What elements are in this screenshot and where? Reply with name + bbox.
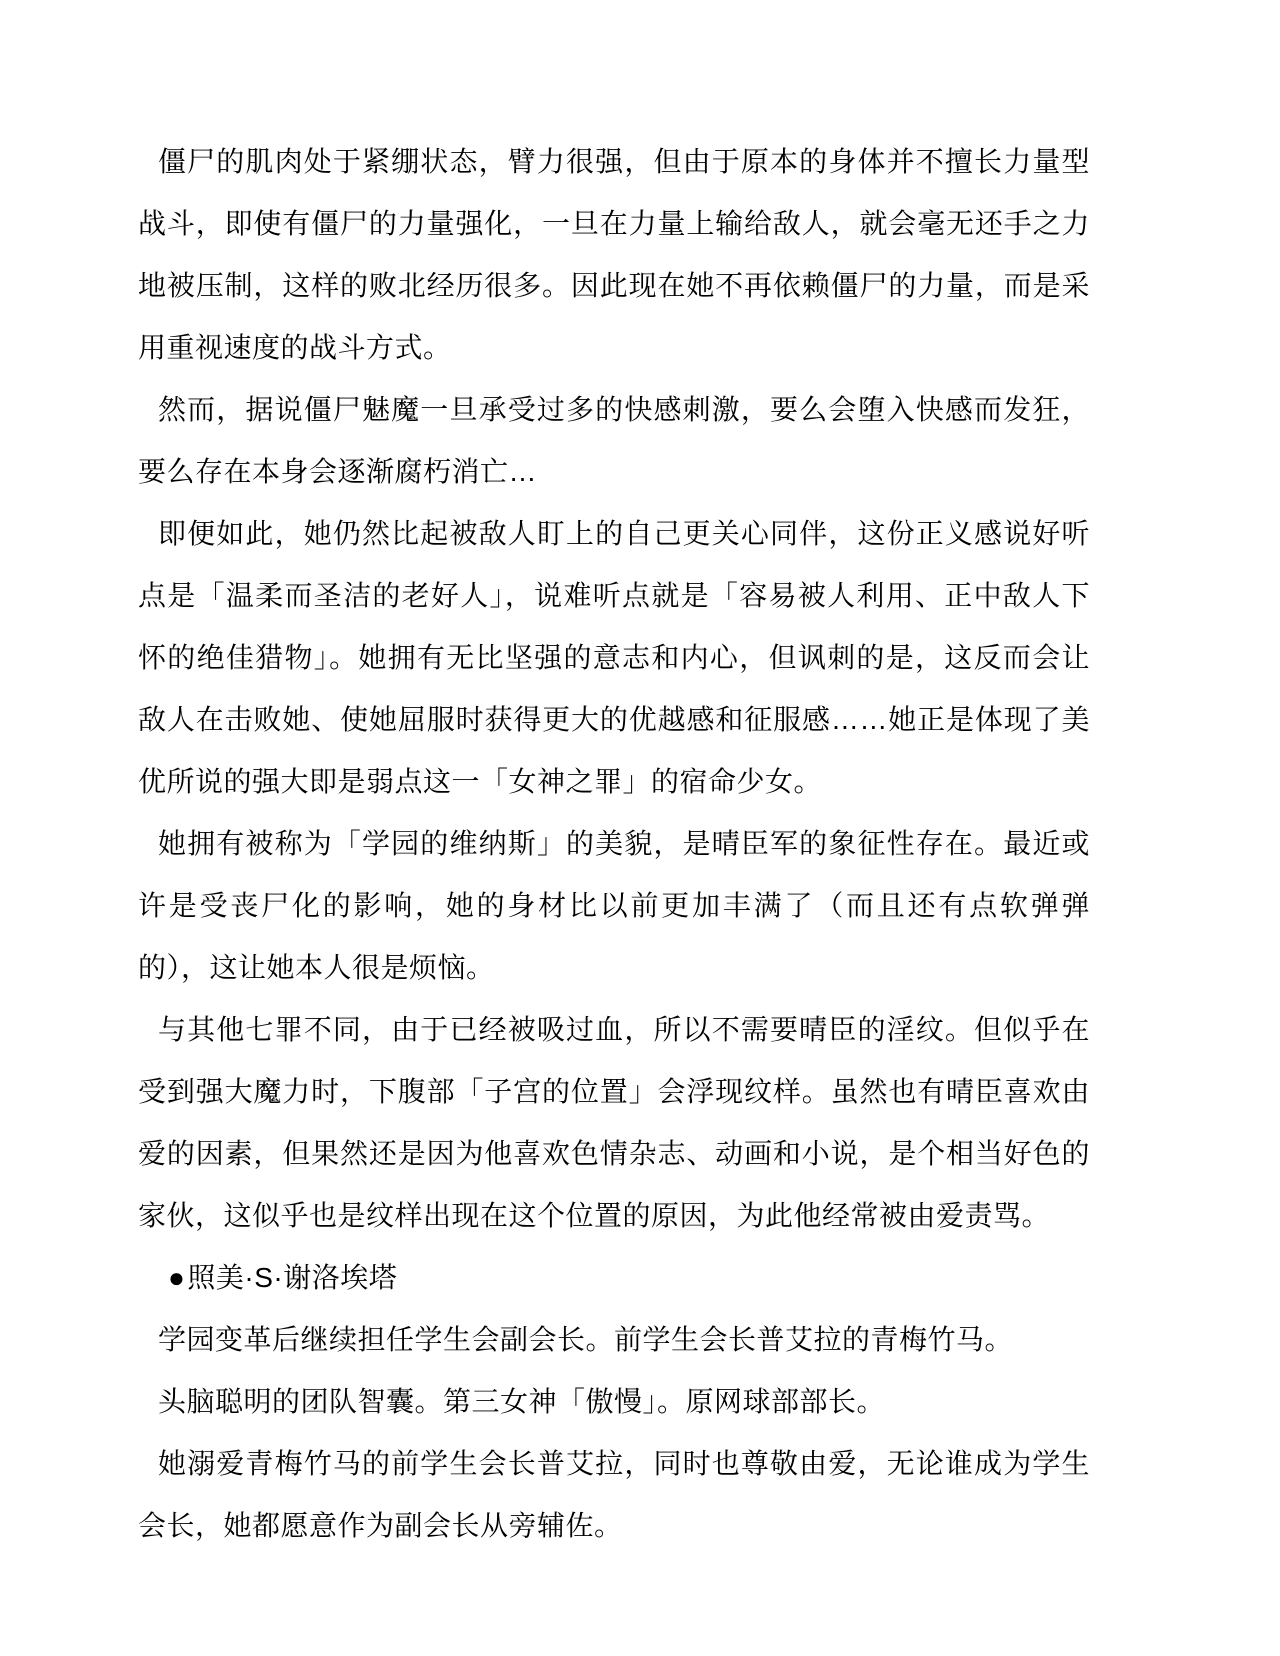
character-name: 照美·S·谢洛埃塔 bbox=[187, 1262, 397, 1293]
paragraph-vice-president: 学园变革后继续担任学生会副会长。前学生会长普艾拉的青梅竹马。 bbox=[138, 1309, 1090, 1371]
document-page: 僵尸的肌肉处于紧绷状态，臂力很强，但由于原本的身体并不擅长力量型战斗，即使有僵尸… bbox=[0, 0, 1280, 1656]
paragraph-venus: 她拥有被称为「学园的维纳斯」的美貌，是晴臣军的象征性存在。最近或许是受丧尸化的影… bbox=[138, 813, 1090, 999]
paragraph-justice: 即便如此，她仍然比起被敌人盯上的自己更关心同伴，这份正义感说好听点是「温柔而圣洁… bbox=[138, 503, 1090, 813]
paragraph-devotion: 她溺爱青梅竹马的前学生会长普艾拉，同时也尊敬由爱，无论谁成为学生会长，她都愿意作… bbox=[138, 1433, 1090, 1557]
bullet-icon: ● bbox=[168, 1262, 185, 1293]
character-heading: ●照美·S·谢洛埃塔 bbox=[138, 1247, 1090, 1309]
paragraph-zombie-succubus: 然而，据说僵尸魅魔一旦承受过多的快感刺激，要么会堕入快感而发狂，要么存在本身会逐… bbox=[138, 379, 1090, 503]
paragraph-zombie-muscles: 僵尸的肌肉处于紧绷状态，臂力很强，但由于原本的身体并不擅长力量型战斗，即使有僵尸… bbox=[138, 131, 1090, 379]
paragraph-seven-sins: 与其他七罪不同，由于已经被吸过血，所以不需要晴臣的淫纹。但似乎在受到强大魔力时，… bbox=[138, 999, 1090, 1247]
paragraph-brains: 头脑聪明的团队智囊。第三女神「傲慢」。原网球部部长。 bbox=[138, 1371, 1090, 1433]
document-content: 僵尸的肌肉处于紧绷状态，臂力很强，但由于原本的身体并不擅长力量型战斗，即使有僵尸… bbox=[138, 131, 1090, 1557]
